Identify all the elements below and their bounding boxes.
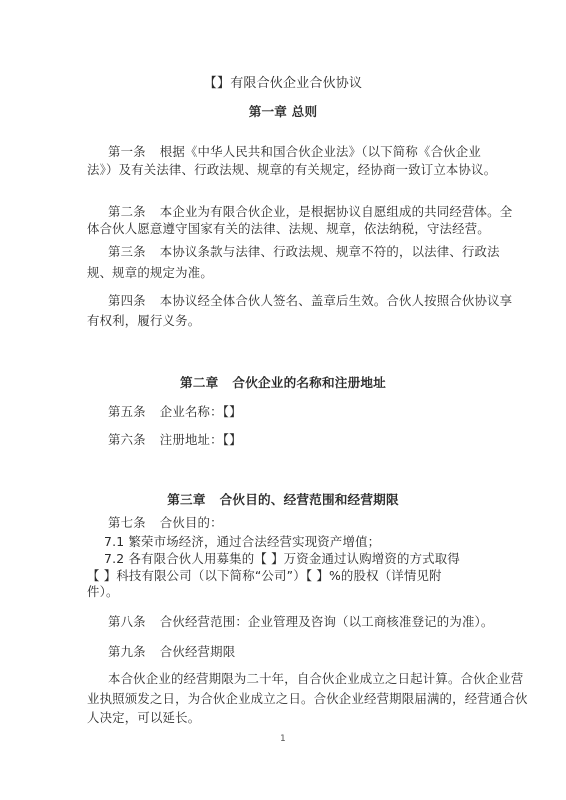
article-3-line-2: 规、规章的规定为准。 xyxy=(87,265,213,281)
article-9: 第九条合伙经营期限 xyxy=(108,644,235,660)
term-paragraph-line-1: 本合伙企业的经营期限为二十年，自合伙企业成立之日起计算。合伙企业营 xyxy=(108,671,524,687)
article-7-item-2-line-2: 【 】科技有限公司（以下简称“公司”）【 】%的股权（详情见附 xyxy=(87,568,442,584)
article-3-line-1: 第三条本协议条款与法律、行政法规、规章不符的，以法律、行政法 xyxy=(108,244,500,260)
article-9-text: 合伙经营期限 xyxy=(160,644,236,659)
chapter-2-heading: 第二章合伙企业的名称和注册地址 xyxy=(0,375,566,391)
term-paragraph-line-2: 业执照颁发之日，为合伙企业成立之日。合伙企业经营期限届满的，经营通合伙 xyxy=(87,691,528,707)
article-1-text: 根据《中华人民共和国合伙企业法》（以下简称《合伙企业 xyxy=(160,144,481,159)
article-2-text: 本企业为有限合伙企业，是根据协议自愿组成的共同经营体。全 xyxy=(160,204,513,219)
article-3-label: 第三条 xyxy=(108,244,146,259)
chapter-3-heading: 第三章合伙目的、经营范围和经营期限 xyxy=(0,492,566,508)
article-8-text: 合伙经营范围：企业管理及咨询（以工商核准登记的为准）。 xyxy=(160,614,494,629)
article-6-text: 注册地址：【】 xyxy=(160,432,242,447)
article-2-line-1: 第二条本企业为有限合伙企业，是根据协议自愿组成的共同经营体。全 xyxy=(108,204,512,220)
article-1-line-2: 法》）及有关法律、行政法规、规章的有关规定，经协商一致订立本协议。 xyxy=(87,162,496,178)
document-title: 【】有限合伙企业合伙协议 xyxy=(0,76,566,92)
chapter-3-title: 合伙目的、经营范围和经营期限 xyxy=(220,492,399,507)
article-2-line-2: 体合伙人愿意遵守国家有关的法律、法规、规章，依法纳税，守法经营。 xyxy=(87,221,490,237)
term-paragraph-line-3: 人决定，可以延长。 xyxy=(87,710,200,726)
article-7-label: 第七条 xyxy=(108,515,146,530)
article-7: 第七条合伙目的： xyxy=(108,515,223,531)
chapter-1-heading: 第一章 总则 xyxy=(0,104,566,120)
article-9-label: 第九条 xyxy=(108,644,146,659)
chapter-2-title: 合伙企业的名称和注册地址 xyxy=(232,375,386,390)
article-7-item-1: 7.1 繁荣市场经济，通过合法经营实现资产增值； xyxy=(104,534,380,550)
article-5-text: 企业名称：【】 xyxy=(160,404,242,419)
article-4-text: 本协议经全体合伙人签名、盖章后生效。合伙人按照合伙协议享 xyxy=(160,293,513,308)
article-8: 第八条合伙经营范围：企业管理及咨询（以工商核准登记的为准）。 xyxy=(108,614,494,630)
page-number: 1 xyxy=(0,731,566,747)
article-5-label: 第五条 xyxy=(108,404,146,419)
chapter-3-number: 第三章 xyxy=(167,492,205,507)
article-4-line-2: 有权利，履行义务。 xyxy=(87,313,200,329)
article-7-item-2-line-1: 7.2 各有限合伙人用募集的【 】万资金通过认购增资的方式取得 xyxy=(104,551,460,567)
article-4-label: 第四条 xyxy=(108,293,146,308)
article-7-text: 合伙目的： xyxy=(160,515,223,530)
article-6-label: 第六条 xyxy=(108,432,146,447)
article-8-label: 第八条 xyxy=(108,614,146,629)
article-5: 第五条企业名称：【】 xyxy=(108,404,242,420)
article-7-item-2-line-3: 件）。 xyxy=(87,584,119,600)
article-2-label: 第二条 xyxy=(108,204,146,219)
article-6: 第六条注册地址：【】 xyxy=(108,432,242,448)
chapter-2-number: 第二章 xyxy=(180,375,218,390)
article-3-text: 本协议条款与法律、行政法规、规章不符的，以法律、行政法 xyxy=(160,244,500,259)
document-page: 【】有限合伙企业合伙协议 第一章 总则 第一条根据《中华人民共和国合伙企业法》（… xyxy=(0,0,566,800)
article-4-line-1: 第四条本协议经全体合伙人签名、盖章后生效。合伙人按照合伙协议享 xyxy=(108,293,512,309)
article-1-label: 第一条 xyxy=(108,144,146,159)
article-1-line-1: 第一条根据《中华人民共和国合伙企业法》（以下简称《合伙企业 xyxy=(108,144,481,160)
